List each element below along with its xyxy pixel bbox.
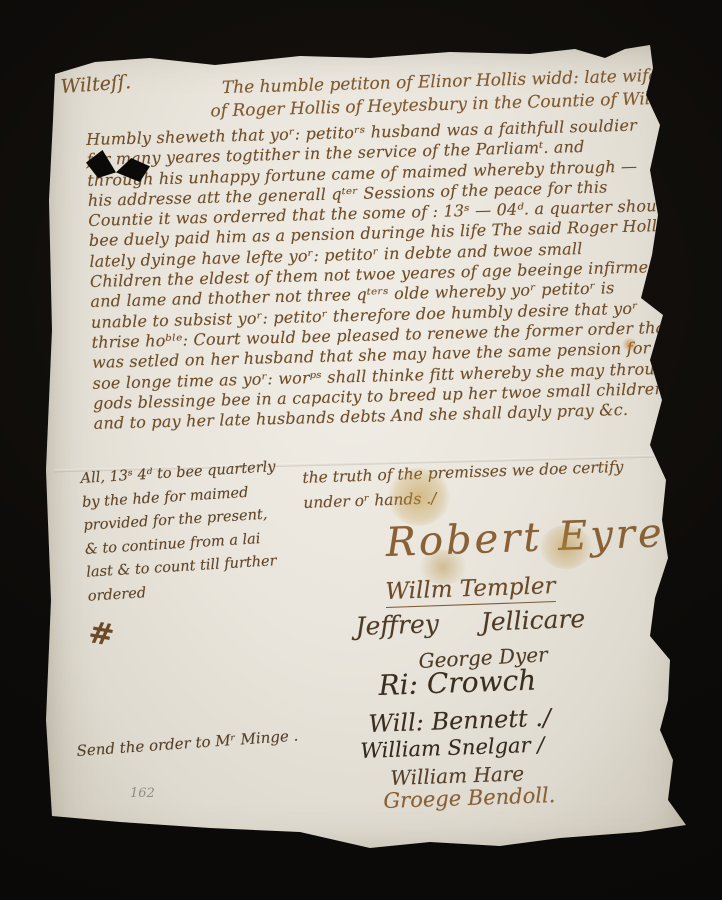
petition-body: Humbly sheweth that yoʳ: petitoʳˢ husban…: [86, 115, 678, 435]
signature-jeffrey-jellicare: Jeffrey Jellicare: [355, 604, 586, 641]
ink-stain: [622, 338, 637, 351]
petition-title: The humble petiton of Elinor Hollis widd…: [190, 64, 691, 124]
signature-ri-crowch: Ri: Crowch: [378, 663, 537, 701]
delivery-note: Send the order to Mʳ Minge .: [76, 727, 299, 760]
certification-statement: the truth of the premisses we doe certif…: [302, 455, 625, 516]
signature-george-bendoll: Groege Bendoll.: [383, 783, 556, 813]
manuscript-paper: Wilteſſ. The humble petiton of Elinor Ho…: [40, 38, 695, 860]
ink-stain: [388, 468, 450, 526]
photograph-background: Wilteſſ. The humble petiton of Elinor Ho…: [0, 0, 722, 900]
signature-willm-templer: Willm Templer: [385, 573, 556, 608]
ink-stain: [540, 525, 592, 569]
margin-annotation: All, 13ˢ 4ᵈ to bee quarterly by the hde …: [80, 456, 283, 609]
hash-mark: #: [86, 615, 117, 654]
folio-number-pencil: 162: [130, 786, 155, 801]
county-mark: Wilteſſ.: [60, 71, 132, 98]
ink-stain: [415, 550, 471, 584]
signature-william-snelgar: William Snelgar /: [360, 733, 545, 763]
